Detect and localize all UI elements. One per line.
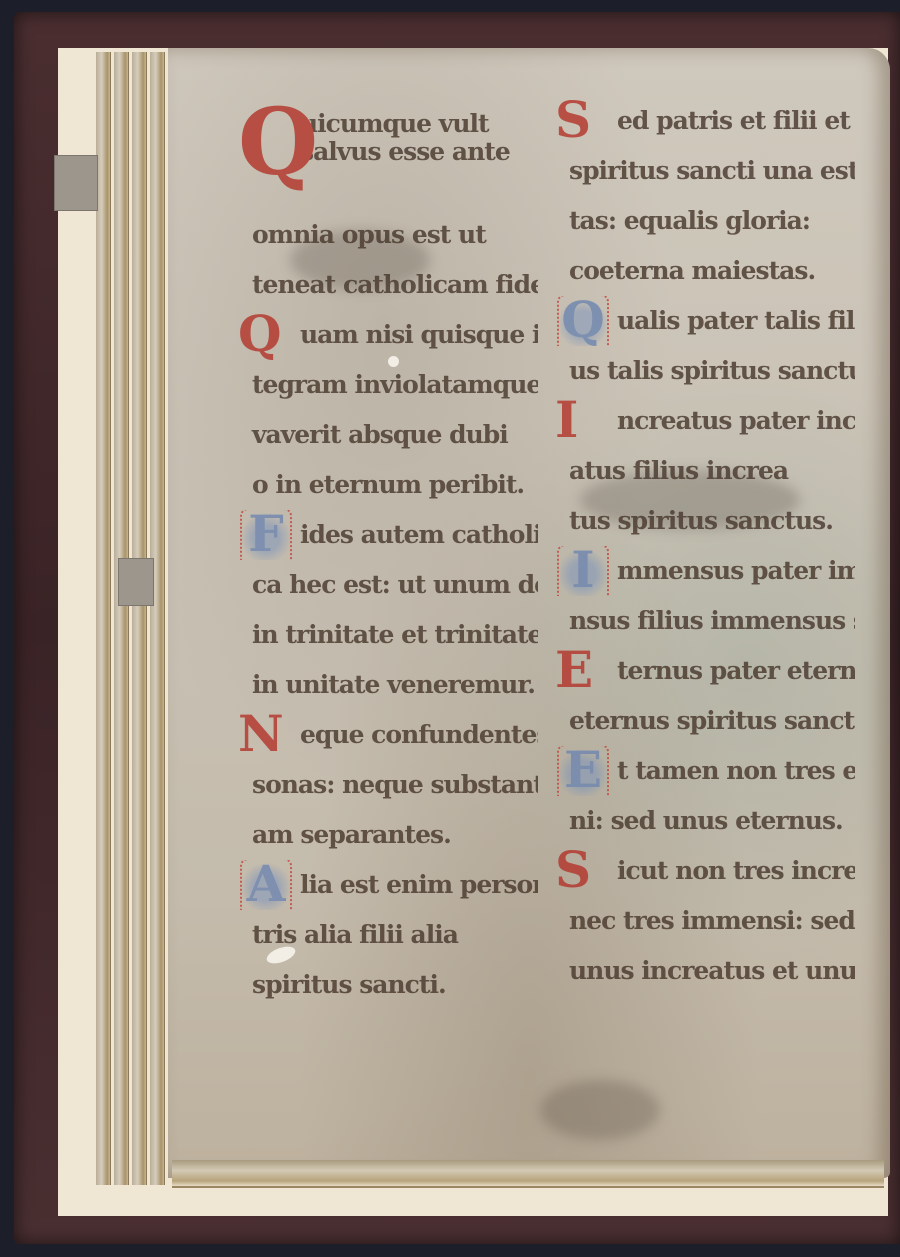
text-line: tris alia filii alia — [238, 910, 538, 960]
text-line: unus increatus et unus — [555, 946, 855, 996]
text-line: tegram inviolatamque ser — [238, 360, 538, 410]
text-line: Q ualis pater talis fili — [555, 296, 855, 346]
page-tab — [118, 558, 154, 606]
text-line: A lia est enim persona pa — [238, 860, 538, 910]
text-line: in unitate veneremur. — [238, 660, 538, 710]
text-line: vaverit absque dubi — [238, 410, 538, 460]
text-line: E ternus pater eternus filius — [555, 646, 855, 696]
red-initial: S — [555, 96, 591, 146]
red-initial: Q — [238, 310, 282, 360]
illuminated-initial: Q — [238, 96, 318, 190]
page-tab — [54, 155, 98, 211]
text-line: S icut non tres increati — [555, 846, 855, 896]
text-line: ni: sed unus eternus. — [555, 796, 855, 846]
left-text-column: Q uicumque vult salvus esse ante omnia o… — [238, 96, 538, 1010]
leaf-edge — [114, 52, 129, 1185]
red-initial: I — [555, 396, 578, 446]
red-initial: E — [555, 646, 593, 696]
text-line: in trinitate et trinitatem — [238, 610, 538, 660]
text-line: Q uicumque vult salvus esse ante — [238, 96, 538, 210]
text-line: E t tamen non tres eter — [555, 746, 855, 796]
flourished-initial: I — [555, 546, 611, 596]
flourished-initial: F — [238, 510, 294, 560]
text-line: F ides autem catholi — [238, 510, 538, 560]
leaf-edge — [150, 52, 165, 1185]
flourished-initial: Q — [555, 296, 611, 346]
text-line: us talis spiritus sanctus. — [555, 346, 855, 396]
stain — [540, 1080, 660, 1140]
text-line: teneat catholicam fidem — [238, 260, 538, 310]
text-line: coeterna maiestas. — [555, 246, 855, 296]
text-line: tus spiritus sanctus. — [555, 496, 855, 546]
text-line: Q uam nisi quisque in — [238, 310, 538, 360]
text-line: am separantes. — [238, 810, 538, 860]
red-initial: S — [555, 846, 591, 896]
text-line: tas: equalis gloria: — [555, 196, 855, 246]
text-line: omnia opus est ut — [238, 210, 538, 260]
right-text-column: S ed patris et filii et spiritus sancti … — [555, 96, 855, 996]
page-bottom-edge — [172, 1160, 884, 1188]
text-line: S ed patris et filii et — [555, 96, 855, 146]
text-line: N eque confundentes per — [238, 710, 538, 760]
text-line: atus filius increa — [555, 446, 855, 496]
flourished-initial: A — [238, 860, 294, 910]
leaf-edge — [132, 52, 147, 1185]
text-line: nec tres immensi: sed — [555, 896, 855, 946]
leaf-edge — [96, 52, 111, 1185]
text-line: I mmensus pater imme — [555, 546, 855, 596]
text-line: nsus filius immensus spiritus sanctus. — [555, 596, 855, 646]
flourished-initial: E — [555, 746, 611, 796]
text-line: spiritus sancti una est divini — [555, 146, 855, 196]
text-line: spiritus sancti. — [238, 960, 538, 1010]
text-line: I ncreatus pater incre — [555, 396, 855, 446]
text-line: o in eternum peribit. — [238, 460, 538, 510]
text-line: ca hec est: ut unum deum — [238, 560, 538, 610]
text-line: eternus spiritus sanctus. — [555, 696, 855, 746]
text-line: sonas: neque substanti — [238, 760, 538, 810]
red-initial: N — [238, 710, 284, 760]
